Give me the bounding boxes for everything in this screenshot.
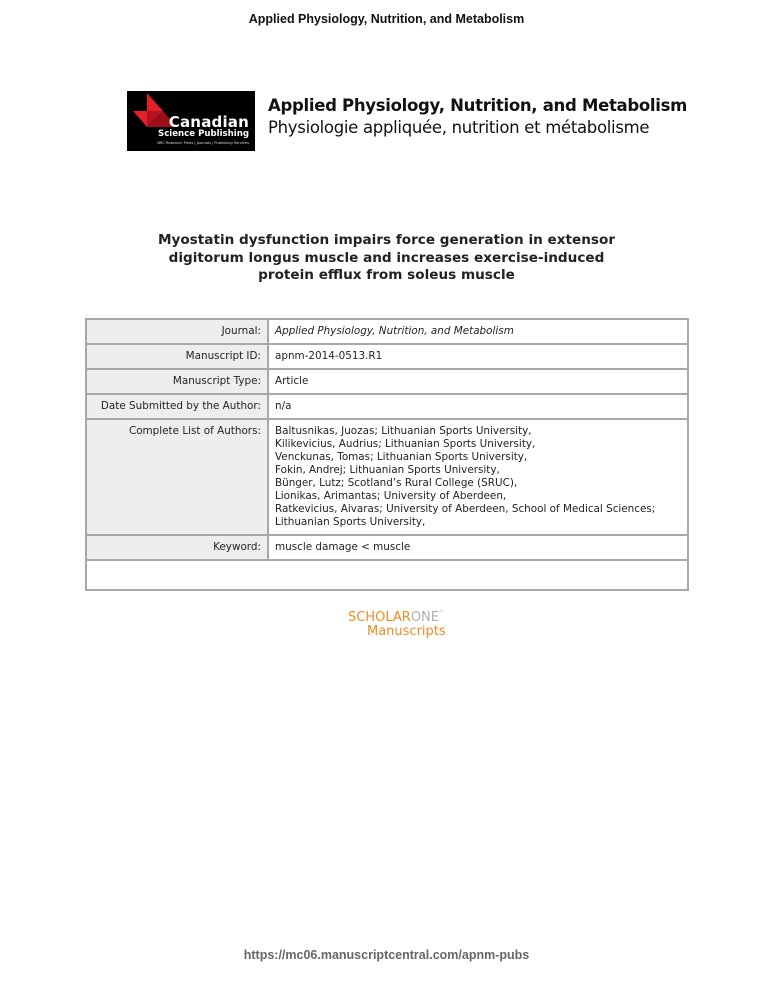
table-row: Journal: Applied Physiology, Nutrition, … <box>86 319 688 344</box>
scholarone-logo: SCHOLARONE™ Manuscripts <box>348 610 446 639</box>
author-line: Fokin, Andrej; Lithuanian Sports Univers… <box>275 464 681 477</box>
scholarone-scholar-text: SCHOLAR <box>348 610 411 625</box>
publisher-logo: Canadian Science Publishing NRC Research… <box>127 91 255 151</box>
author-line: Bünger, Lutz; Scotland’s Rural College (… <box>275 477 681 490</box>
empty-cell <box>86 560 688 590</box>
manuscript-type-value: Article <box>268 369 688 394</box>
table-row: Date Submitted by the Author: n/a <box>86 394 688 419</box>
date-submitted-value: n/a <box>268 394 688 419</box>
journal-name-block: Applied Physiology, Nutrition, and Metab… <box>268 95 687 139</box>
author-line: Venckunas, Tomas; Lithuanian Sports Univ… <box>275 451 681 464</box>
table-row: Manuscript Type: Article <box>86 369 688 394</box>
author-line: Lithuanian Sports University, <box>275 516 681 529</box>
paper-title-line: Myostatin dysfunction impairs force gene… <box>100 232 673 250</box>
footer-url: https://mc06.manuscriptcentral.com/apnm-… <box>0 948 773 962</box>
paper-title: Myostatin dysfunction impairs force gene… <box>100 232 673 285</box>
keyword-value: muscle damage < muscle <box>268 535 688 560</box>
table-row: Manuscript ID: apnm-2014-0513.R1 <box>86 344 688 369</box>
scholarone-one-text: ONE <box>411 610 439 625</box>
author-line: Baltusnikas, Juozas; Lithuanian Sports U… <box>275 425 681 438</box>
manuscript-id-value: apnm-2014-0513.R1 <box>268 344 688 369</box>
logo-science-publishing-text: Science Publishing <box>158 129 249 139</box>
table-row: Complete List of Authors: Baltusnikas, J… <box>86 419 688 535</box>
author-line: Lionikas, Arimantas; University of Aberd… <box>275 490 681 503</box>
empty-row <box>86 560 688 590</box>
journal-value: Applied Physiology, Nutrition, and Metab… <box>268 319 688 344</box>
paper-title-line: digitorum longus muscle and increases ex… <box>100 250 673 268</box>
authors-value: Baltusnikas, Juozas; Lithuanian Sports U… <box>268 419 688 535</box>
manuscript-id-label: Manuscript ID: <box>86 344 268 369</box>
running-header: Applied Physiology, Nutrition, and Metab… <box>0 12 773 26</box>
manuscript-type-label: Manuscript Type: <box>86 369 268 394</box>
scholarone-manuscripts-text: Manuscripts <box>367 624 446 639</box>
journal-name-english: Applied Physiology, Nutrition, and Metab… <box>268 95 687 117</box>
author-line: Ratkevicius, Aivaras; University of Aber… <box>275 503 681 516</box>
table-row: Keyword: muscle damage < muscle <box>86 535 688 560</box>
scholarone-wordmark: SCHOLARONE™ <box>348 610 446 625</box>
journal-label: Journal: <box>86 319 268 344</box>
trademark-icon: ™ <box>439 610 444 616</box>
journal-name-french: Physiologie appliquée, nutrition et méta… <box>268 117 687 139</box>
logo-nrc-text: NRC Research Press | journals | Publishi… <box>157 141 249 145</box>
author-line: Kilikevicius, Audrius; Lithuanian Sports… <box>275 438 681 451</box>
date-submitted-label: Date Submitted by the Author: <box>86 394 268 419</box>
manuscript-metadata-table: Journal: Applied Physiology, Nutrition, … <box>85 318 689 591</box>
paper-title-line: protein efflux from soleus muscle <box>100 267 673 285</box>
keyword-label: Keyword: <box>86 535 268 560</box>
authors-label: Complete List of Authors: <box>86 419 268 535</box>
